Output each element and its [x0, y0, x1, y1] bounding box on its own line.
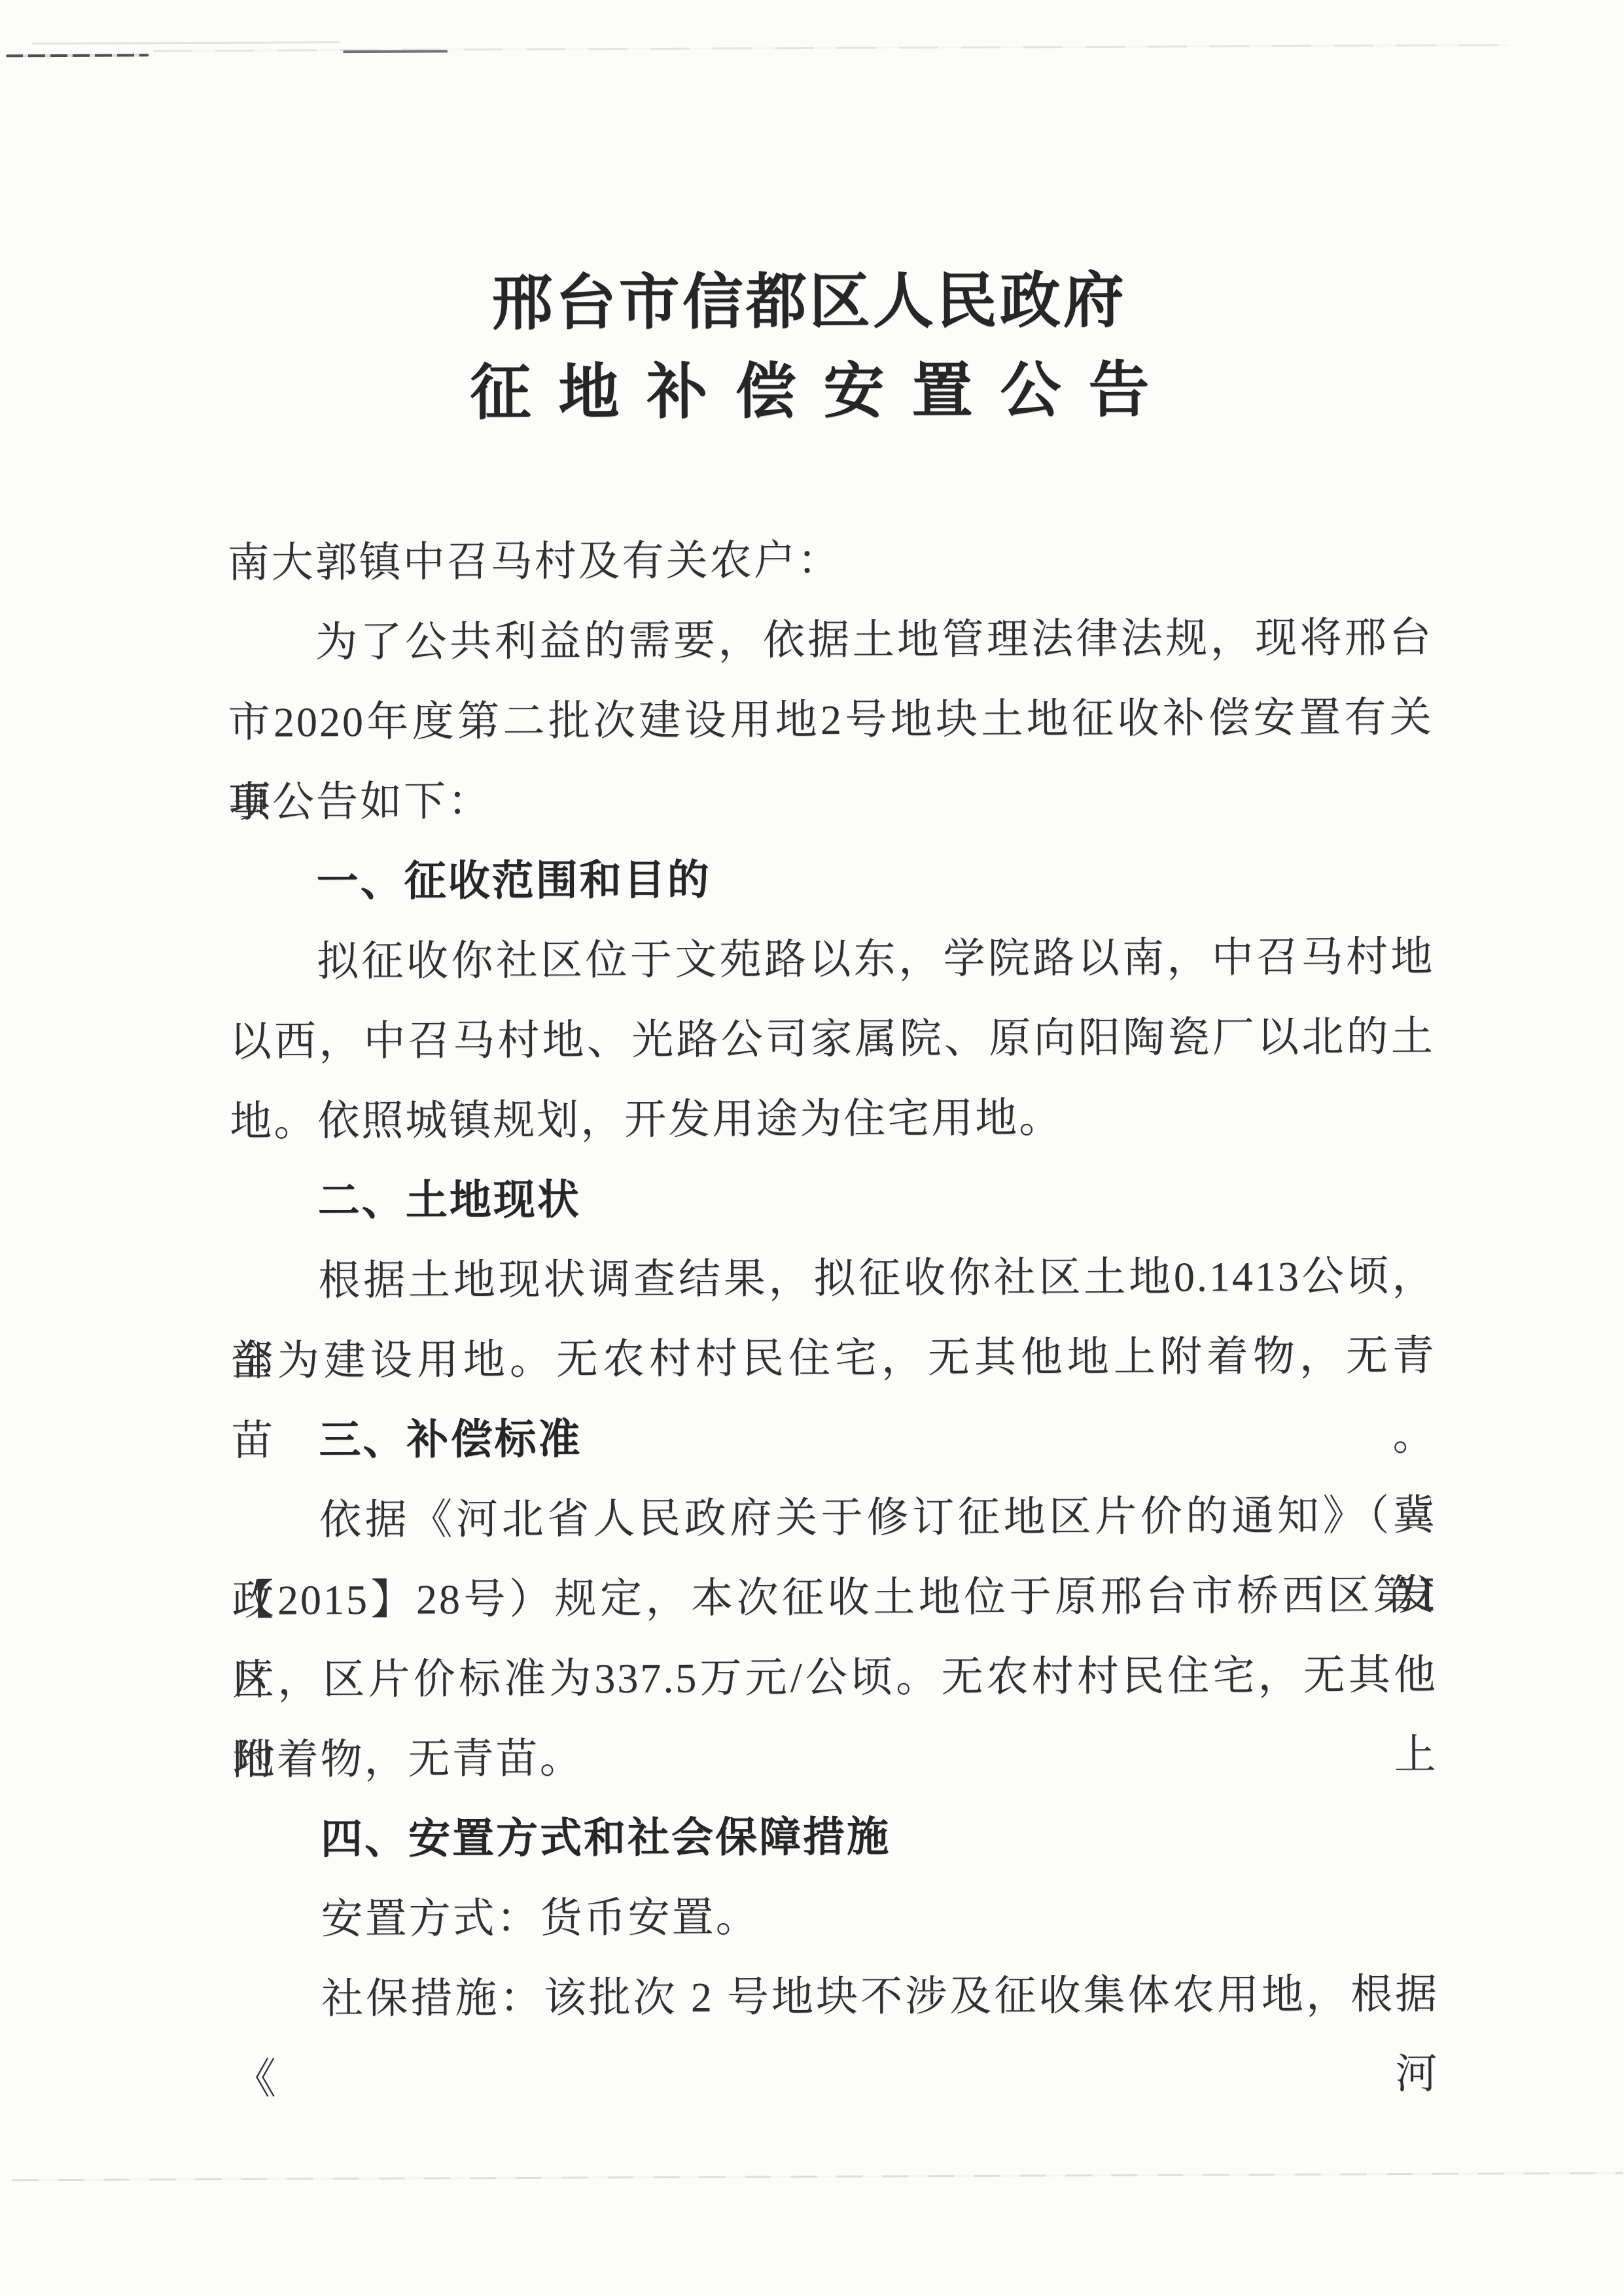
line-section1-3: 地。依照城镇规划，开发用途为住宅用地。 — [230, 1077, 1436, 1162]
line-section1-2: 以西，中召马村地、光路公司家属院、原向阳陶瓷厂以北的土 — [230, 997, 1436, 1082]
document-title-line1: 邢台市信都区人民政府 — [0, 264, 1621, 343]
scan-artifact-fold-line — [12, 2172, 1623, 2182]
heading-section-4: 四、安置方式和社会保障措施 — [233, 1795, 1439, 1880]
scan-content: 邢台市信都区人民政府 征地补偿安置公告 南大郭镇中召马村及有关农户： 为了公共利… — [0, 0, 1624, 2296]
line-section2-1: 根据土地现状调查结果，拟征收你社区土地0.1413公顷，全 — [230, 1236, 1436, 1321]
line-section4-1: 安置方式：货币安置。 — [233, 1875, 1439, 1960]
line-section3-1: 依据《河北省人民政府关于修订征地区片价的通知》（冀政发 — [232, 1476, 1438, 1561]
line-section3-3: 片，区片价标准为337.5万元/公顷。无农村村民住宅，无其他地上 — [232, 1635, 1438, 1720]
line-intro-3: 项公告如下： — [228, 757, 1434, 843]
line-section1-1: 拟征收你社区位于文苑路以东，学院路以南，中召马村地 — [229, 917, 1435, 1002]
line-section2-2: 部为建设用地。无农村村民住宅，无其他地上附着物，无青苗。 — [231, 1316, 1437, 1401]
scan-artifact-dark-line — [6, 54, 149, 57]
scan-artifact-faint-line — [153, 44, 1508, 52]
line-salutation: 南大郭镇中召马村及有关农户： — [227, 518, 1433, 603]
line-section4-2: 社保措施：该批次 2 号地块不涉及征收集体农用地，根据《河 — [234, 1955, 1439, 2040]
heading-section-1: 一、征收范围和目的 — [228, 837, 1434, 922]
line-intro-2: 市2020年度第二批次建设用地2号地块土地征收补偿安置有关事 — [228, 678, 1434, 763]
heading-section-2: 二、土地现状 — [230, 1157, 1436, 1242]
line-section3-2: 【2015】28号）规定，本次征收土地位于原邢台市桥西区第Ⅰ区 — [232, 1556, 1438, 1641]
scan-artifact-dark-line-2 — [343, 50, 448, 53]
line-intro-1: 为了公共利益的需要，依据土地管理法律法规，现将邢台 — [228, 598, 1434, 683]
document-title-line2: 征地补偿安置公告 — [0, 353, 1622, 432]
scanned-document-page: 邢台市信都区人民政府 征地补偿安置公告 南大郭镇中召马村及有关农户： 为了公共利… — [0, 0, 1624, 2296]
document-body: 南大郭镇中召马村及有关农户： 为了公共利益的需要，依据土地管理法律法规，现将邢台… — [227, 518, 1439, 2040]
scan-artifact-smudge — [32, 41, 340, 44]
